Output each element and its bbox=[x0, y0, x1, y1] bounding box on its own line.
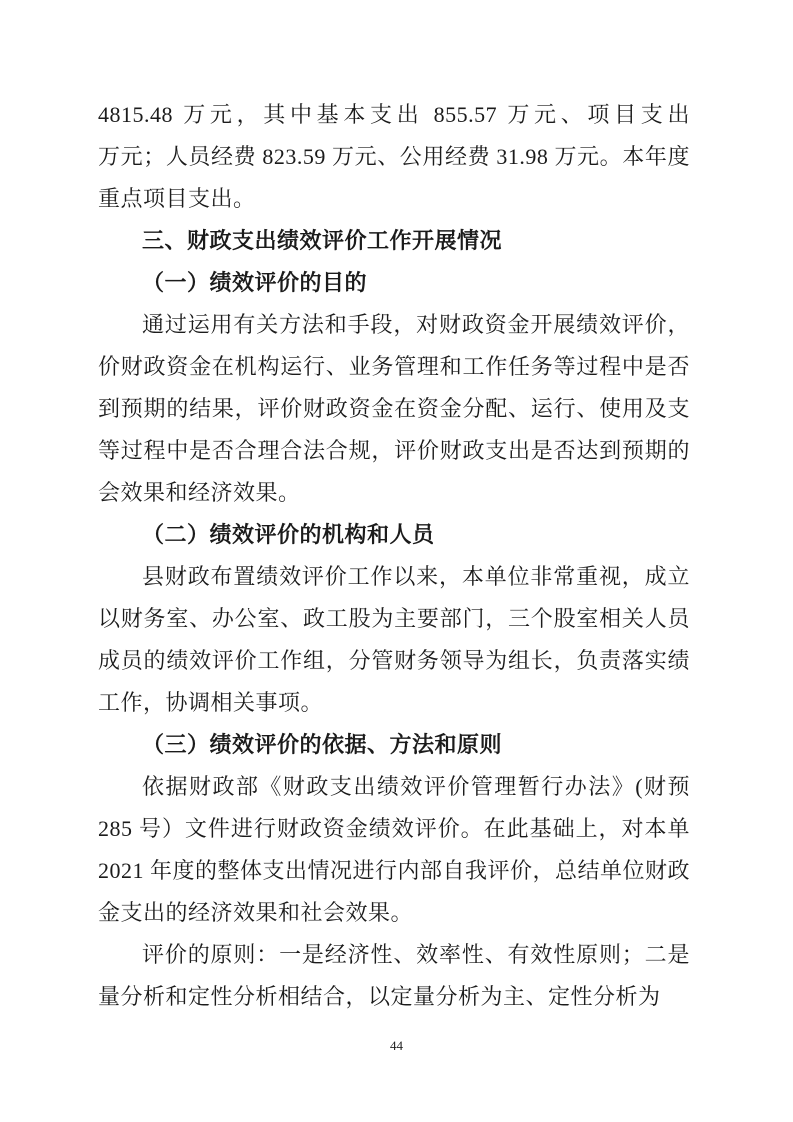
document-content: 4815.48 万元，其中基本支出 855.57 万元、项目支出 3959.91… bbox=[98, 94, 690, 1018]
text-line: 金支出的经济效果和社会效果。 bbox=[98, 892, 690, 934]
principles-paragraph: 评价的原则：一是经济性、效率性、有效性原则；二是定 量分析和定性分析相结合，以定… bbox=[98, 934, 690, 1018]
subsection-1-heading: （一）绩效评价的目的 bbox=[98, 262, 690, 304]
intro-paragraph: 4815.48 万元，其中基本支出 855.57 万元、项目支出 3959.91… bbox=[98, 94, 690, 220]
text-line: 重点项目支出。 bbox=[98, 178, 690, 220]
subsection-3-heading: （三）绩效评价的依据、方法和原则 bbox=[98, 724, 690, 766]
text-line: 285 号）文件进行财政资金绩效评价。在此基础上，对本单位 bbox=[98, 808, 690, 850]
basis-paragraph: 依据财政部《财政支出绩效评价管理暂行办法》(财预〔2011〕 285 号）文件进… bbox=[98, 766, 690, 934]
text-line: 到预期的结果，评价财政资金在资金分配、运行、使用及支付 bbox=[98, 388, 690, 430]
text-line: 会效果和经济效果。 bbox=[98, 472, 690, 514]
text-line: 工作，协调相关事项。 bbox=[98, 682, 690, 724]
organization-paragraph: 县财政布置绩效评价工作以来，本单位非常重视，成立了 以财务室、办公室、政工股为主… bbox=[98, 556, 690, 724]
text-line: 评价的原则：一是经济性、效率性、有效性原则；二是定 bbox=[98, 934, 690, 976]
text-line: 量分析和定性分析相结合，以定量分析为主、定性分析为辅。 bbox=[98, 976, 690, 1018]
text-line: 通过运用有关方法和手段，对财政资金开展绩效评价，评 bbox=[98, 304, 690, 346]
purpose-paragraph: 通过运用有关方法和手段，对财政资金开展绩效评价，评 价财政资金在机构运行、业务管… bbox=[98, 304, 690, 514]
text-line: 等过程中是否合理合法合规，评价财政支出是否达到预期的社 bbox=[98, 430, 690, 472]
text-line: 2021 年度的整体支出情况进行内部自我评价，总结单位财政资 bbox=[98, 850, 690, 892]
text-line: 成员的绩效评价工作组，分管财务领导为组长，负责落实绩效 bbox=[98, 640, 690, 682]
text-line: 以财务室、办公室、政工股为主要部门，三个股室相关人员为 bbox=[98, 598, 690, 640]
page-number: 44 bbox=[0, 1036, 793, 1056]
document-page: 4815.48 万元，其中基本支出 855.57 万元、项目支出 3959.91… bbox=[0, 0, 793, 1122]
section-3-heading: 三、财政支出绩效评价工作开展情况 bbox=[98, 220, 690, 262]
text-line: 价财政资金在机构运行、业务管理和工作任务等过程中是否达 bbox=[98, 346, 690, 388]
text-line: 依据财政部《财政支出绩效评价管理暂行办法》(财预〔2011〕 bbox=[98, 766, 690, 808]
text-line: 4815.48 万元，其中基本支出 855.57 万元、项目支出 3959.91 bbox=[98, 94, 690, 136]
subsection-2-heading: （二）绩效评价的机构和人员 bbox=[98, 514, 690, 556]
text-line: 万元；人员经费 823.59 万元、公用经费 31.98 万元。本年度无 bbox=[98, 136, 690, 178]
text-line: 县财政布置绩效评价工作以来，本单位非常重视，成立了 bbox=[98, 556, 690, 598]
